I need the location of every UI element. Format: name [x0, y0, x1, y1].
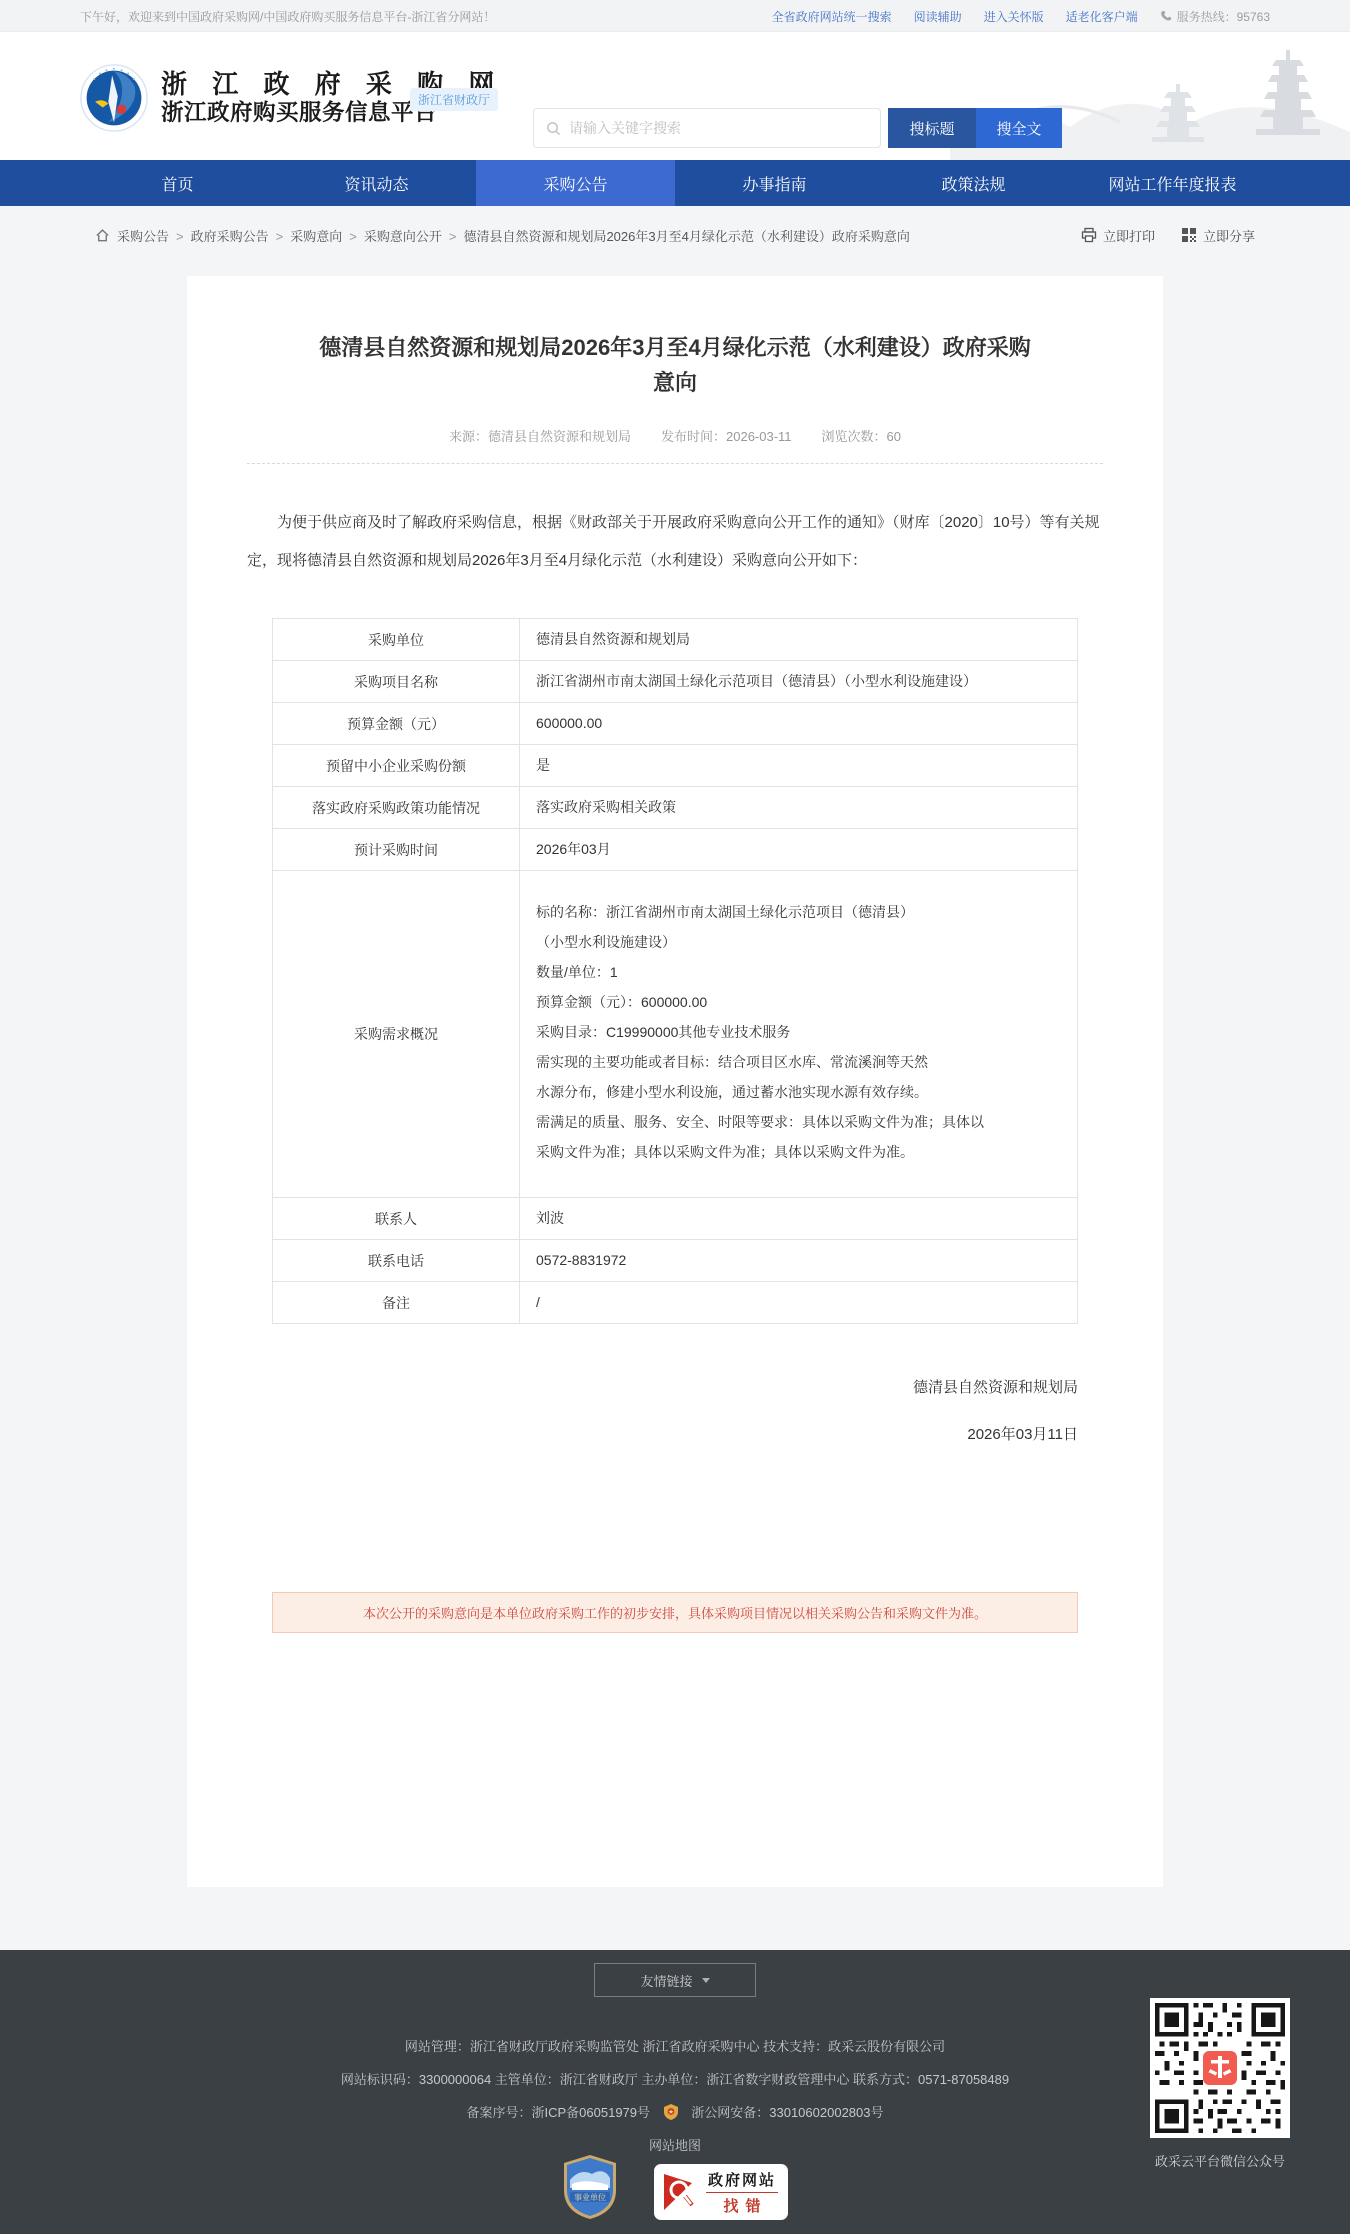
qr-caption: 政采云平台微信公众号: [1150, 2151, 1290, 2170]
table-row: 落实政府采购政策功能情况落实政府采购相关政策: [273, 787, 1078, 829]
table-row-label: 采购单位: [273, 619, 520, 661]
svg-text:事业单位: 事业单位: [574, 2192, 606, 2202]
table-row-label: 联系电话: [273, 1240, 520, 1282]
qr-share-icon: [1181, 227, 1197, 243]
breadcrumb-item[interactable]: 政府采购公告: [191, 229, 269, 244]
table-row-value: 0572-8831972: [520, 1240, 1078, 1282]
article-meta: 来源：德清县自然资源和规划局发布时间：2026-03-11浏览次数：60: [247, 426, 1103, 445]
table-row: 采购单位德清县自然资源和规划局: [273, 619, 1078, 661]
breadcrumb-separator: >: [349, 229, 357, 244]
finance-department-badge: 浙江省财政厅: [410, 88, 498, 111]
table-row: 预算金额（元）600000.00: [273, 703, 1078, 745]
nav-item-announcements[interactable]: 采购公告: [476, 160, 675, 206]
wechat-qr-block: 政采云平台微信公众号: [1150, 1998, 1290, 2170]
notice-banner: 本次公开的采购意向是本单位政府采购工作的初步安排，具体采购项目情况以相关采购公告…: [272, 1592, 1078, 1633]
topbar-link-3[interactable]: 适老化客户端: [1066, 10, 1138, 24]
institution-shield-badge[interactable]: 事业单位: [562, 2154, 618, 2220]
breadcrumb-current: 德清县自然资源和规划局2026年3月至4月绿化示范（水利建设）政府采购意向: [463, 229, 909, 244]
site-header: 浙 江 政 府 采 购 网 浙江政府购买服务信息平台 浙江省财政厅 搜标题 搜全…: [0, 32, 1350, 160]
table-row: 采购项目名称浙江省湖州市南太湖国土绿化示范项目（德清县）（小型水利设施建设）: [273, 661, 1078, 703]
topbar-link-1[interactable]: 阅读辅助: [914, 10, 962, 24]
signature-date: 2026年03月11日: [247, 1423, 1078, 1444]
breadcrumb: 采购公告>政府采购公告>采购意向>采购意向公开>德清县自然资源和规划局2026年…: [95, 220, 1255, 250]
breadcrumb-item[interactable]: 采购意向: [290, 229, 342, 244]
main-navigation: 首页资讯动态采购公告办事指南政策法规网站工作年度报表: [0, 160, 1350, 206]
table-row-label: 采购项目名称: [273, 661, 520, 703]
find-error-badge[interactable]: 政府网站 找错: [654, 2164, 788, 2220]
magnifier-flag-icon: [662, 2172, 698, 2212]
topbar-link-0[interactable]: 全省政府网站统一搜索: [772, 10, 892, 24]
breadcrumb-separator: >: [449, 229, 457, 244]
table-row: 联系电话0572-8831972: [273, 1240, 1078, 1282]
topbar-link-2[interactable]: 进入关怀版: [984, 10, 1044, 24]
top-utility-bar: 下午好，欢迎来到中国政府采购网/中国政府购买服务信息平台-浙江省分网站！ 全省政…: [0, 0, 1350, 32]
table-row-label: 联系人: [273, 1198, 520, 1240]
article-meta-item-2: 浏览次数：60: [822, 429, 901, 444]
footer-org-line: 网站标识码：3300000064 主管单位：浙江省财政厅 主办单位：浙江省数字财…: [0, 2063, 1350, 2096]
dashed-divider: [247, 463, 1103, 464]
nav-item-home[interactable]: 首页: [78, 160, 277, 206]
nav-item-news[interactable]: 资讯动态: [277, 160, 476, 206]
table-row-value: 是: [520, 745, 1078, 787]
search-icon: [546, 121, 561, 136]
breadcrumb-separator: >: [176, 229, 184, 244]
breadcrumb-separator: >: [276, 229, 284, 244]
home-icon[interactable]: [95, 228, 110, 243]
nav-item-annual-report[interactable]: 网站工作年度报表: [1073, 160, 1272, 206]
breadcrumb-item[interactable]: 采购公告: [117, 229, 169, 244]
table-row: 联系人刘波: [273, 1198, 1078, 1240]
table-row-value: 落实政府采购相关政策: [520, 787, 1078, 829]
table-row-value: 600000.00: [520, 703, 1078, 745]
article-meta-item-1: 发布时间：2026-03-11: [661, 429, 792, 444]
icp-record[interactable]: 备案序号：浙ICP备06051979号: [467, 2105, 651, 2120]
site-footer: 友情链接 网站管理：浙江省财政厅政府采购监管处 浙江省政府采购中心 技术支持：政…: [0, 1950, 1350, 2234]
phone-icon: [1160, 10, 1172, 22]
intro-paragraph: 为便于供应商及时了解政府采购信息，根据《财政部关于开展政府采购意向公开工作的通知…: [247, 504, 1103, 580]
search-title-button[interactable]: 搜标题: [888, 108, 976, 148]
service-hotline: 服务热线：95763: [1160, 8, 1270, 25]
printer-icon: [1081, 227, 1097, 243]
police-record-emblem-icon: [664, 2104, 678, 2120]
qr-code: [1150, 1998, 1290, 2138]
friend-links-dropdown[interactable]: 友情链接: [594, 1963, 756, 1997]
table-row-value: 德清县自然资源和规划局: [520, 619, 1078, 661]
table-row-value: 刘波: [520, 1198, 1078, 1240]
search-bar: 搜标题 搜全文: [533, 108, 1062, 148]
nav-item-guide[interactable]: 办事指南: [675, 160, 874, 206]
search-fulltext-button[interactable]: 搜全文: [976, 108, 1062, 148]
nav-item-policies[interactable]: 政策法规: [874, 160, 1073, 206]
table-row-label: 备注: [273, 1282, 520, 1324]
table-row-value: 标的名称：浙江省湖州市南太湖国土绿化示范项目（德清县） （小型水利设施建设） 数…: [520, 871, 1078, 1198]
article-card: 德清县自然资源和规划局2026年3月至4月绿化示范（水利建设）政府采购意向 来源…: [187, 276, 1163, 1887]
table-row-value: 2026年03月: [520, 829, 1078, 871]
table-row: 备注/: [273, 1282, 1078, 1324]
table-row-label: 预留中小企业采购份额: [273, 745, 520, 787]
table-row: 采购需求概况标的名称：浙江省湖州市南太湖国土绿化示范项目（德清县） （小型水利设…: [273, 871, 1078, 1198]
table-row-value: 浙江省湖州市南太湖国土绿化示范项目（德清县）（小型水利设施建设）: [520, 661, 1078, 703]
police-record[interactable]: 浙公网安备：33010602002803号: [691, 2105, 883, 2120]
site-logo: [80, 64, 148, 132]
footer-record-line: 备案序号：浙ICP备06051979号 浙公网安备：33010602002803…: [0, 2096, 1350, 2129]
breadcrumb-item[interactable]: 采购意向公开: [364, 229, 442, 244]
table-row-label: 采购需求概况: [273, 871, 520, 1198]
signature-org: 德清县自然资源和规划局: [247, 1376, 1078, 1397]
greeting-text: 下午好，欢迎来到中国政府采购网/中国政府购买服务信息平台-浙江省分网站！: [80, 8, 495, 25]
sitemap-link[interactable]: 网站地图: [649, 2138, 701, 2153]
procurement-info-table: 采购单位德清县自然资源和规划局采购项目名称浙江省湖州市南太湖国土绿化示范项目（德…: [272, 618, 1078, 1324]
article-title: 德清县自然资源和规划局2026年3月至4月绿化示范（水利建设）政府采购意向: [310, 276, 1040, 400]
share-button[interactable]: 立即分享: [1181, 226, 1255, 245]
table-row-value: /: [520, 1282, 1078, 1324]
footer-management-line: 网站管理：浙江省财政厅政府采购监管处 浙江省政府采购中心 技术支持：政采云股份有…: [0, 2030, 1350, 2063]
chevron-down-icon: [702, 1978, 710, 1983]
table-row: 预计采购时间2026年03月: [273, 829, 1078, 871]
table-row-label: 落实政府采购政策功能情况: [273, 787, 520, 829]
print-button[interactable]: 立即打印: [1081, 226, 1155, 245]
table-row: 预留中小企业采购份额是: [273, 745, 1078, 787]
table-row-label: 预算金额（元）: [273, 703, 520, 745]
search-input[interactable]: [569, 120, 868, 136]
table-row-label: 预计采购时间: [273, 829, 520, 871]
article-meta-item-0: 来源：德清县自然资源和规划局: [449, 429, 631, 444]
